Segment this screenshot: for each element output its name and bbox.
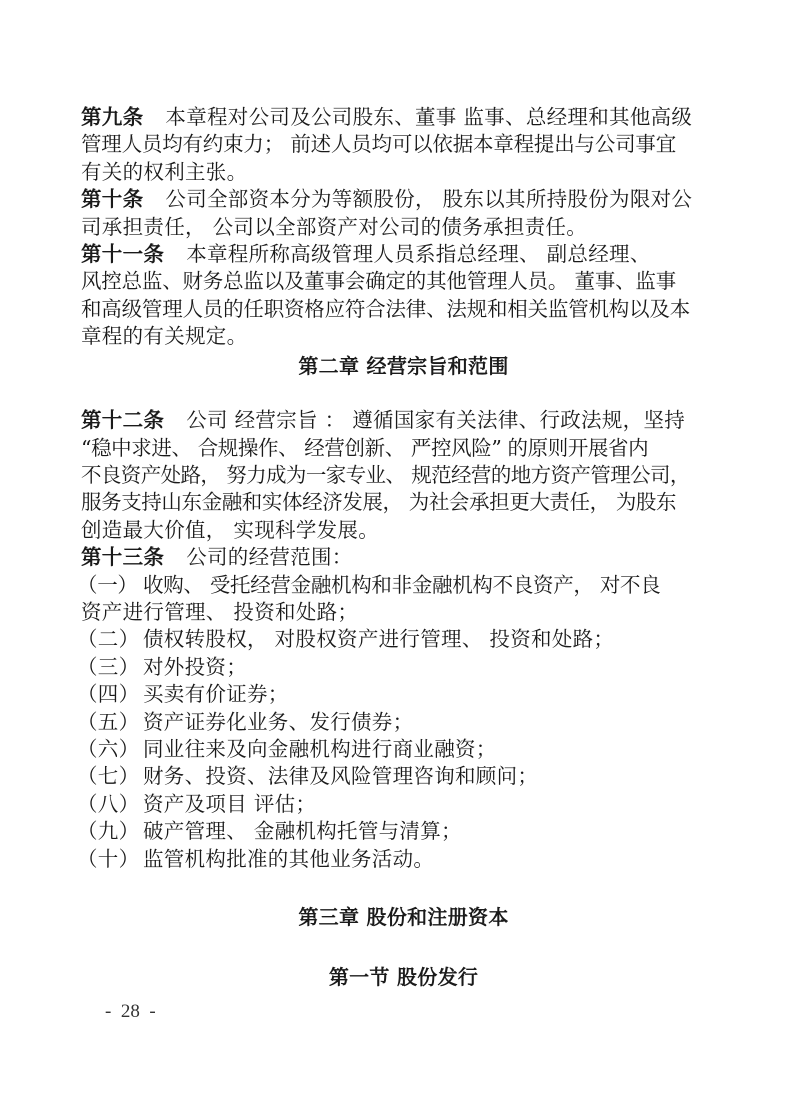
article-12-line-3: 不良资产处路， 努力成为一家专业、 规范经营的地方资产管理公司， bbox=[81, 462, 726, 489]
scope-item-5: （五）资产证券化业务、发行债券； bbox=[81, 709, 726, 736]
spacer bbox=[81, 873, 726, 900]
chapter-2-heading: 第二章 经营宗旨和范围 bbox=[81, 353, 726, 380]
item-text: 债权转股权， 对股权资产进行管理、 投资和处路； bbox=[143, 627, 614, 651]
chapter-3-heading: 第三章 股份和注册资本 bbox=[81, 904, 726, 931]
article-11-line-4: 章程的有关规定。 bbox=[81, 323, 726, 350]
article-label: 第十条 bbox=[81, 187, 143, 211]
scope-item-4: （四）买卖有价证券； bbox=[81, 681, 726, 708]
article-text: 公司 经营宗旨 ： 遵循国家有关法律、行政法规，坚持 bbox=[186, 408, 685, 432]
article-9-line-2: 管理人员均有约束力； 前述人员均可以依据本章程提出与公司事宜 bbox=[81, 131, 726, 158]
item-text: 财务、投资、法律及风险管理咨询和顾问； bbox=[143, 764, 538, 788]
item-text: 破产管理、 金融机构托管与清算； bbox=[143, 819, 462, 843]
scope-item-3: （三）对外投资； bbox=[81, 654, 726, 681]
item-number: （八） bbox=[77, 791, 143, 818]
article-label: 第十一条 bbox=[81, 242, 164, 266]
article-text: 创造最大价值， 实现科学发展。 bbox=[81, 518, 379, 542]
article-text: “稳中求进、 合规操作、 经营创新、 严控风险” 的原则开展省内 bbox=[81, 436, 648, 460]
item-text: 资产及项目 评估； bbox=[143, 792, 316, 816]
article-text: 不良资产处路， 努力成为一家专业、 规范经营的地方资产管理公司， bbox=[81, 463, 690, 487]
item-number: （六） bbox=[77, 736, 143, 763]
article-13-line-1: 第十三条公司的经营范围： bbox=[81, 544, 726, 571]
item-number: （七） bbox=[77, 763, 143, 790]
article-text: 服务支持山东金融和实体经济发展， 为社会承担更大责任， 为股东 bbox=[81, 490, 676, 514]
spacer bbox=[81, 380, 726, 407]
item-number: （五） bbox=[77, 709, 143, 736]
article-text: 管理人员均有约束力； 前述人员均可以依据本章程提出与公司事宜 bbox=[81, 132, 676, 156]
article-text: 本章程对公司及公司股东、董事 监事、总经理和其他高级 bbox=[165, 105, 692, 129]
article-9-line-1: 第九条本章程对公司及公司股东、董事 监事、总经理和其他高级 bbox=[81, 104, 726, 131]
spacer bbox=[81, 932, 726, 960]
item-text: 资产证券化业务、发行债券； bbox=[143, 710, 413, 734]
item-text: 收购、 受托经营金融机构和非金融机构不良资产， 对不良 bbox=[143, 573, 660, 597]
item-number: （三） bbox=[77, 654, 143, 681]
scope-item-1-cont: 资产进行管理、 投资和处路； bbox=[81, 599, 726, 626]
item-number: （九） bbox=[77, 818, 143, 845]
article-12-line-1: 第十二条公司 经营宗旨 ： 遵循国家有关法律、行政法规，坚持 bbox=[81, 407, 726, 434]
page-number: - 28 - bbox=[105, 1001, 156, 1023]
scope-item-9: （九）破产管理、 金融机构托管与清算； bbox=[81, 818, 726, 845]
article-text: 章程的有关规定。 bbox=[81, 324, 247, 348]
article-11-line-2: 风控总监、财务总监以及董事会确定的其他管理人员。 董事、监事 bbox=[81, 268, 726, 295]
item-text: 同业往来及向金融机构进行商业融资； bbox=[143, 737, 497, 761]
item-number: （十） bbox=[77, 846, 143, 873]
article-text: 司承担责任， 公司以全部资产对公司的债务承担责任。 bbox=[81, 215, 587, 239]
scope-item-2: （二）债权转股权， 对股权资产进行管理、 投资和处路； bbox=[81, 626, 726, 653]
article-text: 公司的经营范围： bbox=[186, 545, 352, 569]
article-11-line-1: 第十一条本章程所称高级管理人员系指总经理、 副总经理、 bbox=[81, 241, 726, 268]
scope-item-10: （十）监管机构批准的其他业务活动。 bbox=[81, 846, 726, 873]
article-12-line-2: “稳中求进、 合规操作、 经营创新、 严控风险” 的原则开展省内 bbox=[81, 435, 726, 462]
article-10-line-1: 第十条公司全部资本分为等额股份， 股东以其所持股份为限对公 bbox=[81, 186, 726, 213]
article-label: 第十三条 bbox=[81, 545, 164, 569]
article-10-line-2: 司承担责任， 公司以全部资产对公司的债务承担责任。 bbox=[81, 214, 726, 241]
item-text: 监管机构批准的其他业务活动。 bbox=[143, 847, 434, 871]
item-text: 买卖有价证券； bbox=[143, 682, 289, 706]
article-text: 有关的权利主张。 bbox=[81, 160, 247, 184]
scope-item-8: （八）资产及项目 评估； bbox=[81, 791, 726, 818]
scope-item-7: （七）财务、投资、法律及风险管理咨询和顾问； bbox=[81, 763, 726, 790]
scope-item-1: （一）收购、 受托经营金融机构和非金融机构不良资产， 对不良 bbox=[81, 572, 726, 599]
item-number: （二） bbox=[77, 626, 143, 653]
article-text: 本章程所称高级管理人员系指总经理、 副总经理、 bbox=[186, 242, 650, 266]
article-label: 第九条 bbox=[81, 105, 143, 129]
item-number: （一） bbox=[77, 572, 143, 599]
article-12-line-4: 服务支持山东金融和实体经济发展， 为社会承担更大责任， 为股东 bbox=[81, 489, 726, 516]
document-page: 第九条本章程对公司及公司股东、董事 监事、总经理和其他高级 管理人员均有约束力；… bbox=[81, 104, 726, 991]
article-label: 第十二条 bbox=[81, 408, 164, 432]
article-text: 风控总监、财务总监以及董事会确定的其他管理人员。 董事、监事 bbox=[81, 269, 676, 293]
scope-item-6: （六）同业往来及向金融机构进行商业融资； bbox=[81, 736, 726, 763]
article-12-line-5: 创造最大价值， 实现科学发展。 bbox=[81, 517, 726, 544]
item-text: 对外投资； bbox=[143, 655, 247, 679]
article-9-line-3: 有关的权利主张。 bbox=[81, 159, 726, 186]
item-text: 资产进行管理、 投资和处路； bbox=[81, 600, 358, 624]
item-number: （四） bbox=[77, 681, 143, 708]
section-1-heading: 第一节 股份发行 bbox=[81, 964, 726, 991]
article-text: 和高级管理人员的任职资格应符合法律、法规和相关监管机构以及本 bbox=[81, 297, 690, 321]
article-11-line-3: 和高级管理人员的任职资格应符合法律、法规和相关监管机构以及本 bbox=[81, 296, 726, 323]
article-text: 公司全部资本分为等额股份， 股东以其所持股份为限对公 bbox=[165, 187, 692, 211]
